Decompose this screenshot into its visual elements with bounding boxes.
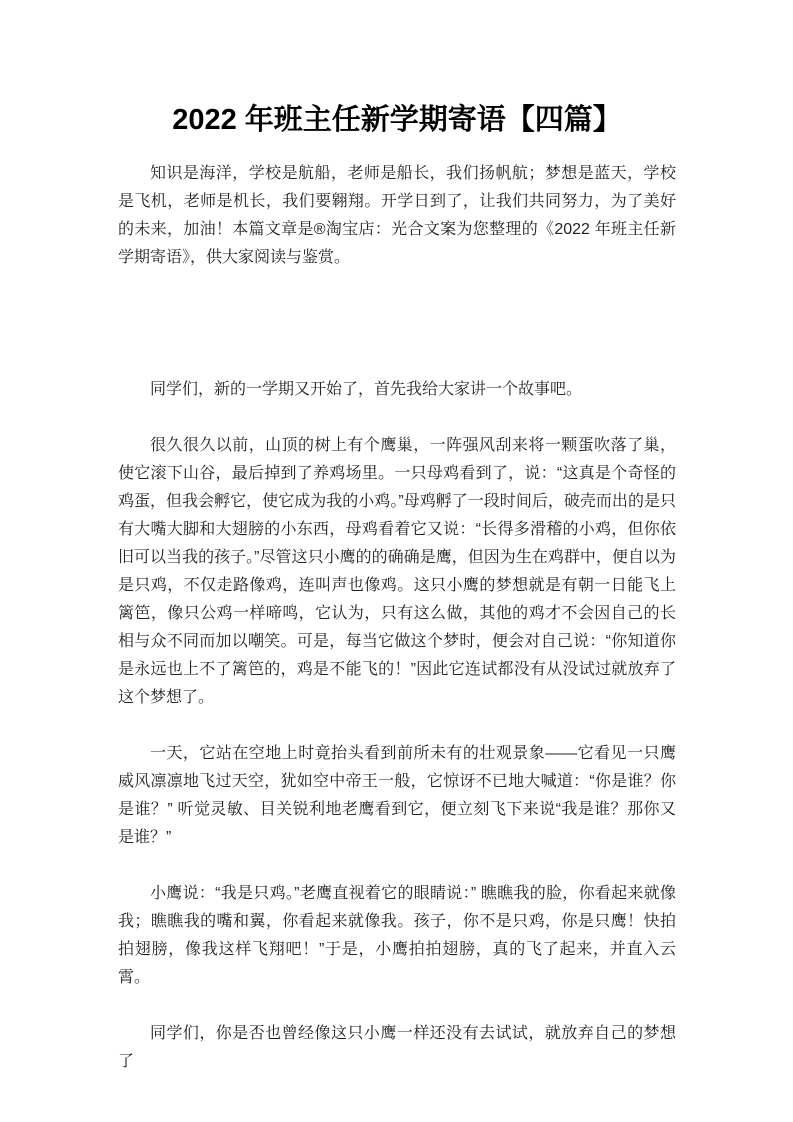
document-title: 2022 年班主任新学期寄语【四篇】 <box>118 100 676 140</box>
document-page: 2022 年班主任新学期寄语【四篇】 知识是海洋，学校是航船，老师是船长，我们扬… <box>0 0 793 1122</box>
paragraph-closing-question: 同学们，你是否也曾经像这只小鹰一样还没有去试试，就放弃自己的梦想了 <box>118 1020 676 1076</box>
paragraph-greeting: 同学们，新的一学期又开始了，首先我给大家讲一个故事吧。 <box>118 376 676 404</box>
paragraph-story-eagle-egg: 很久很久以前，山顶的树上有个鹰巢，一阵强风刮来将一颗蛋吹落了巢，使它滚下山谷，最… <box>118 432 676 712</box>
paragraph-story-sees-eagle: 一天，它站在空地上时竟抬头看到前所未有的壮观景象——它看见一只鹰威风凛凛地飞过天… <box>118 740 676 852</box>
paragraph-intro: 知识是海洋，学校是航船，老师是船长，我们扬帆航；梦想是蓝天，学校是飞机，老师是机… <box>118 160 676 272</box>
paragraph-story-dialogue: 小鹰说：“我是只鸡。”老鹰直视着它的眼睛说：” 瞧瞧我的脸，你看起来就像我；瞧瞧… <box>118 880 676 992</box>
